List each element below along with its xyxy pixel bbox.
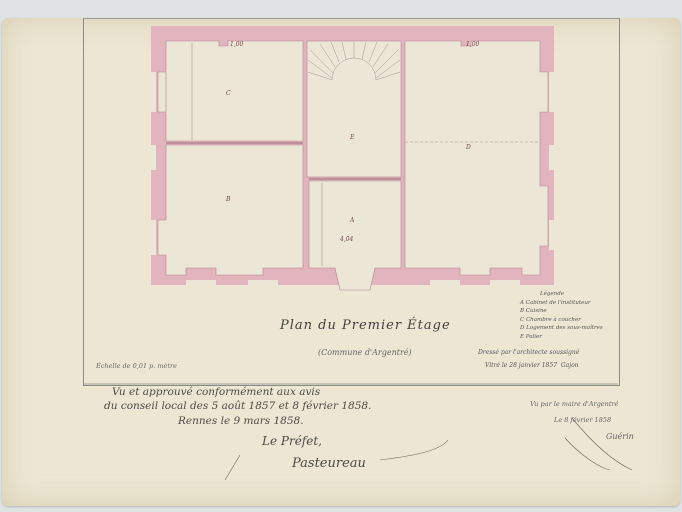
legend-item: E Palier (520, 333, 603, 342)
room-label-a: A (350, 217, 354, 224)
legend-item: B Cuisine (520, 307, 603, 316)
mayor-signature: Guérin (606, 432, 634, 441)
legend-item: D Logement des sous-maîtres (520, 324, 603, 333)
dimension-label: 4,04 (340, 236, 353, 243)
architect-signature: Gajon (561, 362, 579, 369)
architect-note: Dressé par l'architecte soussigné (478, 349, 579, 356)
room-label-e: E (350, 134, 354, 141)
approval-line-2: du conseil local des 5 août 1857 et 8 fé… (104, 400, 371, 412)
dimension-label: 1,00 (230, 41, 243, 48)
room-label-b: B (226, 196, 230, 203)
architect-date: Vitré le 28 janvier 1857 Gajon (485, 362, 579, 369)
room-label-d: D (466, 144, 471, 151)
mayor-date: Le 8 février 1858 (554, 416, 611, 424)
legend: Légende A Cabinet de l'instituteur B Cui… (520, 290, 603, 341)
floor-plan (0, 0, 682, 512)
prefect-signature: Pasteureau (292, 456, 366, 471)
approval-line-3: Rennes le 9 mars 1858. (178, 415, 304, 427)
approval-line-1: Vu et approuvé conformément aux avis (112, 386, 320, 398)
drawing-subtitle: (Commune d'Argentré) (318, 348, 412, 357)
legend-heading: Légende (540, 290, 603, 299)
approval-line-4: Le Préfet, (262, 434, 322, 448)
room-label-c: C (226, 90, 231, 97)
legend-item: C Chambre à coucher (520, 316, 603, 325)
mayor-note: Vu par le maire d'Argentré (530, 400, 618, 408)
drawing-title: Plan du Premier Étage (280, 318, 451, 333)
legend-item: A Cabinet de l'instituteur (520, 299, 603, 308)
scale-note: Échelle de 0,01 p. mètre (96, 362, 177, 370)
dimension-label: 1,00 (466, 41, 479, 48)
